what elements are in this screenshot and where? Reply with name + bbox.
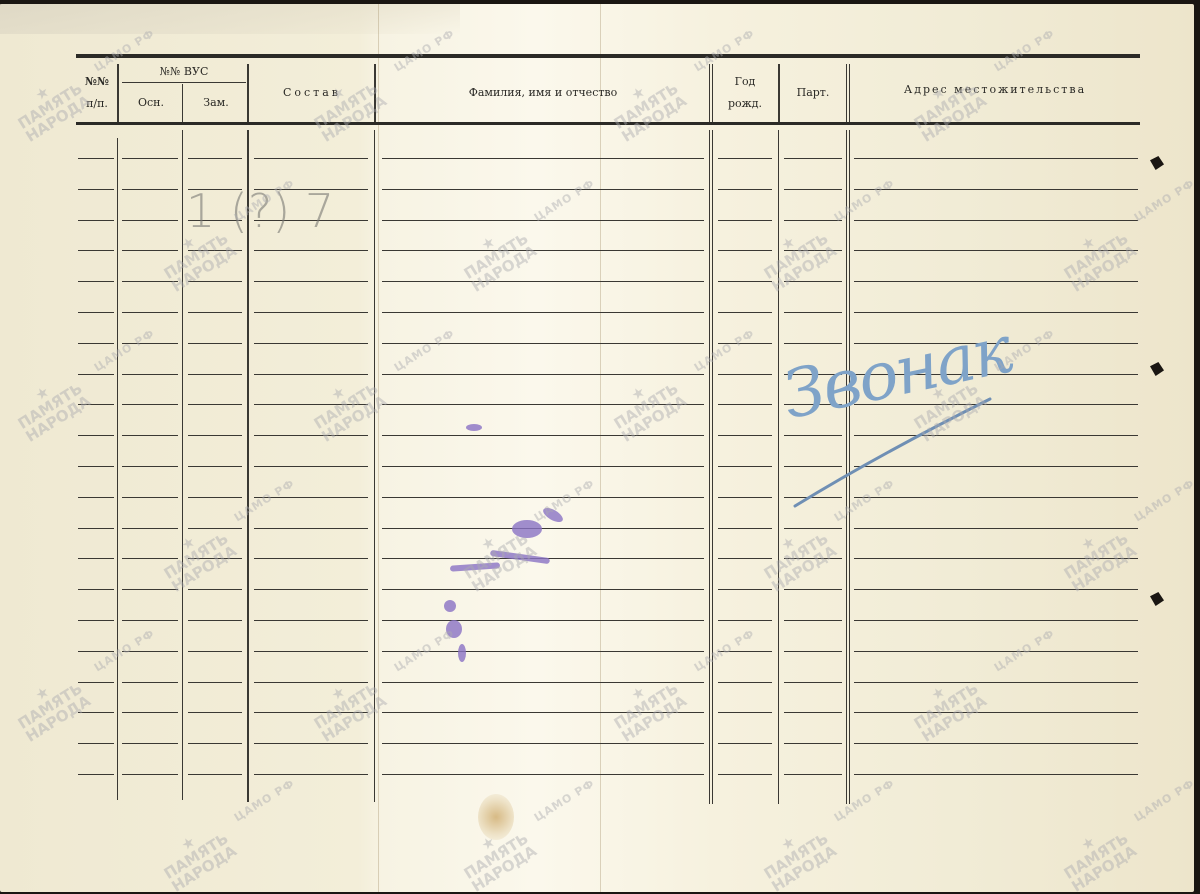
row-line <box>854 281 1138 282</box>
row-line <box>122 404 178 405</box>
top-rule <box>76 54 1140 58</box>
row-line <box>78 466 114 467</box>
document-page: №№ п/п. №№ ВУС Осн. Зам. Состав Фамилия,… <box>0 4 1194 892</box>
header-vus-sub: Зам. <box>184 84 248 122</box>
watermark-project: ★ПАМЯТЬНАРОДА <box>1054 518 1140 595</box>
header-party: Парт. <box>780 62 846 124</box>
row-line <box>122 620 178 621</box>
row-line <box>254 343 368 344</box>
row-line <box>254 528 368 529</box>
row-line <box>854 620 1138 621</box>
row-line <box>122 558 178 559</box>
row-line <box>122 220 178 221</box>
column-divider <box>846 64 850 122</box>
row-line <box>254 404 368 405</box>
row-line <box>718 343 772 344</box>
watermark-project: ★ПАМЯТЬНАРОДА <box>904 668 990 745</box>
column-divider <box>182 84 183 122</box>
watermark-archive: ЦАМО РФ <box>532 777 597 824</box>
row-line <box>382 312 704 313</box>
row-line <box>784 189 842 190</box>
watermark-archive: ЦАМО РФ <box>1132 777 1197 824</box>
row-line <box>188 158 242 159</box>
row-line <box>122 497 178 498</box>
header-full-name: Фамилия, имя и отчество <box>378 62 708 124</box>
column-divider <box>709 130 713 804</box>
row-line <box>122 466 178 467</box>
row-line <box>78 620 114 621</box>
row-line <box>718 558 772 559</box>
header-text: п/п. <box>86 93 108 115</box>
fold-line <box>378 4 379 892</box>
row-line <box>718 466 772 467</box>
header-vus-main: Осн. <box>120 84 182 122</box>
row-line <box>784 558 842 559</box>
row-line <box>188 497 242 498</box>
row-line <box>718 497 772 498</box>
watermark-project: ★ПАМЯТЬНАРОДА <box>304 368 390 445</box>
row-line <box>254 312 368 313</box>
watermark-archive: ЦАМО РФ <box>92 327 157 374</box>
row-line <box>78 589 114 590</box>
row-line <box>254 589 368 590</box>
row-line <box>78 528 114 529</box>
row-line <box>854 250 1138 251</box>
row-line <box>784 743 842 744</box>
row-line <box>78 712 114 713</box>
pencil-note: 1 (?) 7 <box>186 184 334 238</box>
row-line <box>718 743 772 744</box>
row-line <box>382 497 704 498</box>
watermark-project: ★ПАМЯТЬНАРОДА <box>1054 818 1140 894</box>
column-divider <box>778 130 779 804</box>
row-line <box>718 712 772 713</box>
header-address: Адрес местожительства <box>850 62 1140 118</box>
row-line <box>718 528 772 529</box>
row-line <box>718 435 772 436</box>
row-line <box>122 528 178 529</box>
row-line <box>188 466 242 467</box>
row-line <box>188 528 242 529</box>
ink-blot <box>512 520 542 538</box>
punch-hole <box>1150 362 1164 376</box>
watermark-project: ★ПАМЯТЬНАРОДА <box>754 218 840 295</box>
row-line <box>784 281 842 282</box>
column-divider <box>117 138 118 800</box>
header-text: рожд. <box>728 93 762 115</box>
row-line <box>382 374 704 375</box>
row-line <box>254 620 368 621</box>
row-line <box>382 712 704 713</box>
watermark-project: ★ПАМЯТЬНАРОДА <box>8 368 94 445</box>
row-line <box>254 466 368 467</box>
row-line <box>78 682 114 683</box>
row-line <box>78 374 114 375</box>
column-divider <box>778 64 780 122</box>
watermark-project: ★ПАМЯТЬНАРОДА <box>754 818 840 894</box>
row-line <box>188 343 242 344</box>
row-line <box>382 466 704 467</box>
paper-stain <box>478 794 514 840</box>
watermark-project: ★ПАМЯТЬНАРОДА <box>604 668 690 745</box>
column-divider <box>709 64 713 122</box>
row-line <box>784 589 842 590</box>
row-line <box>78 497 114 498</box>
row-line <box>254 281 368 282</box>
column-divider <box>247 64 249 122</box>
watermark-project: ★ПАМЯТЬНАРОДА <box>154 518 240 595</box>
row-line <box>254 497 368 498</box>
watermark-archive: ЦАМО РФ <box>1132 177 1197 224</box>
row-line <box>854 743 1138 744</box>
row-line <box>122 682 178 683</box>
row-line <box>784 250 842 251</box>
row-line <box>718 374 772 375</box>
row-line <box>784 620 842 621</box>
row-line <box>382 158 704 159</box>
row-line <box>854 220 1138 221</box>
row-line <box>382 528 704 529</box>
ink-blot <box>446 620 462 638</box>
ink-blot <box>458 644 466 662</box>
row-line <box>188 435 242 436</box>
row-line <box>78 774 114 775</box>
row-line <box>854 682 1138 683</box>
row-line <box>382 281 704 282</box>
watermark-archive: ЦАМО РФ <box>832 177 897 224</box>
row-line <box>254 374 368 375</box>
watermark-project: ★ПАМЯТЬНАРОДА <box>604 368 690 445</box>
row-line <box>254 743 368 744</box>
row-line <box>188 712 242 713</box>
fold-line <box>600 4 601 892</box>
row-line <box>382 743 704 744</box>
header-composition: Состав <box>250 62 374 124</box>
punch-hole <box>1150 592 1164 606</box>
row-line <box>382 774 704 775</box>
punch-hole <box>1150 156 1164 170</box>
watermark-archive: ЦАМО РФ <box>1132 477 1197 524</box>
row-line <box>382 250 704 251</box>
row-line <box>122 651 178 652</box>
row-line <box>78 312 114 313</box>
row-line <box>854 528 1138 529</box>
row-line <box>254 651 368 652</box>
row-line <box>254 158 368 159</box>
row-line <box>188 774 242 775</box>
header-vus-group: №№ ВУС <box>120 62 248 82</box>
header-text: №№ <box>85 71 109 93</box>
row-line <box>718 312 772 313</box>
row-line <box>382 682 704 683</box>
row-line <box>784 312 842 313</box>
row-line <box>78 343 114 344</box>
row-line <box>122 312 178 313</box>
row-line <box>78 651 114 652</box>
row-line <box>718 220 772 221</box>
row-line <box>122 189 178 190</box>
row-line <box>122 774 178 775</box>
row-line <box>188 743 242 744</box>
row-line <box>78 558 114 559</box>
row-line <box>78 189 114 190</box>
row-line <box>382 651 704 652</box>
row-line <box>188 281 242 282</box>
row-line <box>382 343 704 344</box>
row-line <box>718 189 772 190</box>
row-line <box>78 435 114 436</box>
header-birth-year: Год рожд. <box>712 62 778 124</box>
row-line <box>122 435 178 436</box>
row-line <box>854 712 1138 713</box>
row-line <box>78 281 114 282</box>
row-line <box>122 281 178 282</box>
column-divider <box>117 64 119 122</box>
row-line <box>78 220 114 221</box>
ink-blot <box>450 562 500 571</box>
row-line <box>382 189 704 190</box>
watermark-project: ★ПАМЯТЬНАРОДА <box>754 518 840 595</box>
header-divider <box>122 82 246 83</box>
row-line <box>188 404 242 405</box>
row-line <box>78 743 114 744</box>
row-line <box>718 250 772 251</box>
row-line <box>122 589 178 590</box>
row-line <box>254 712 368 713</box>
watermark-archive: ЦАМО РФ <box>392 327 457 374</box>
row-line <box>188 250 242 251</box>
row-line <box>784 528 842 529</box>
row-line <box>78 158 114 159</box>
row-line <box>382 435 704 436</box>
watermark-archive: ЦАМО РФ <box>532 477 597 524</box>
row-line <box>122 743 178 744</box>
row-line <box>122 712 178 713</box>
ink-blot <box>490 550 550 564</box>
row-line <box>254 435 368 436</box>
row-line <box>784 682 842 683</box>
row-line <box>718 158 772 159</box>
row-line <box>784 774 842 775</box>
row-line <box>78 250 114 251</box>
row-line <box>188 620 242 621</box>
row-line <box>382 404 704 405</box>
row-line <box>784 343 842 344</box>
ink-blot <box>466 424 482 431</box>
row-line <box>718 651 772 652</box>
header-text: Год <box>735 71 756 93</box>
column-divider <box>374 130 375 802</box>
row-line <box>718 774 772 775</box>
row-line <box>854 774 1138 775</box>
row-line <box>254 250 368 251</box>
row-line <box>382 220 704 221</box>
watermark-archive: ЦАМО РФ <box>692 327 757 374</box>
watermark-project: ★ПАМЯТЬНАРОДА <box>304 668 390 745</box>
row-line <box>188 374 242 375</box>
watermark-project: ★ПАМЯТЬНАРОДА <box>454 218 540 295</box>
row-line <box>382 589 704 590</box>
underline-stroke <box>790 394 1000 514</box>
watermark-archive: ЦАМО РФ <box>232 777 297 824</box>
row-line <box>718 682 772 683</box>
watermark-project: ★ПАМЯТЬНАРОДА <box>8 668 94 745</box>
row-line <box>382 620 704 621</box>
row-line <box>854 651 1138 652</box>
row-line <box>718 589 772 590</box>
row-line <box>188 312 242 313</box>
row-line <box>188 682 242 683</box>
row-line <box>188 589 242 590</box>
row-line <box>254 774 368 775</box>
row-line <box>854 189 1138 190</box>
row-line <box>122 343 178 344</box>
row-line <box>122 374 178 375</box>
row-line <box>854 558 1138 559</box>
watermark-project: ★ПАМЯТЬНАРОДА <box>1054 218 1140 295</box>
row-line <box>784 220 842 221</box>
row-line <box>854 589 1138 590</box>
row-line <box>122 158 178 159</box>
watermark-archive: ЦАМО РФ <box>532 177 597 224</box>
ink-blot <box>541 505 565 525</box>
watermark-archive: ЦАМО РФ <box>232 477 297 524</box>
row-line <box>718 620 772 621</box>
row-line <box>784 158 842 159</box>
row-line <box>718 404 772 405</box>
header-row-number: №№ п/п. <box>76 62 118 124</box>
row-line <box>122 250 178 251</box>
row-line <box>254 558 368 559</box>
column-divider <box>374 64 376 122</box>
row-line <box>854 158 1138 159</box>
ink-blot <box>444 600 456 612</box>
row-line <box>188 558 242 559</box>
row-line <box>718 281 772 282</box>
row-line <box>784 651 842 652</box>
row-line <box>188 651 242 652</box>
row-line <box>78 404 114 405</box>
watermark-project: ★ПАМЯТЬНАРОДА <box>154 818 240 894</box>
row-line <box>784 712 842 713</box>
watermark-archive: ЦАМО РФ <box>832 777 897 824</box>
column-divider <box>182 130 183 800</box>
row-line <box>254 682 368 683</box>
